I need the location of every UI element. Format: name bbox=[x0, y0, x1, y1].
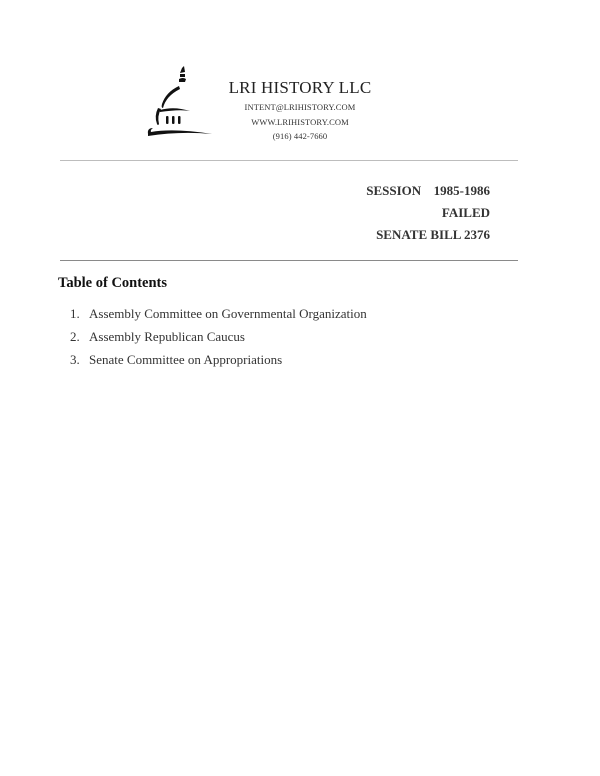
company-block: LRI HISTORY LLC INTENT@LRIHISTORY.COM WW… bbox=[220, 78, 380, 144]
company-website: WWW.LRIHISTORY.COM bbox=[220, 115, 380, 130]
company-email: INTENT@LRIHISTORY.COM bbox=[220, 100, 380, 115]
company-name: LRI HISTORY LLC bbox=[220, 78, 380, 98]
table-of-contents: Table of Contents 1. Assembly Committee … bbox=[58, 275, 367, 371]
toc-item-number: 2. bbox=[70, 325, 89, 348]
status-label: FAILED bbox=[366, 202, 490, 224]
toc-item[interactable]: 2. Assembly Republican Caucus bbox=[70, 325, 367, 348]
toc-list: 1. Assembly Committee on Governmental Or… bbox=[58, 302, 367, 371]
toc-item-label[interactable]: Senate Committee on Appropriations bbox=[89, 348, 282, 371]
toc-title: Table of Contents bbox=[58, 275, 367, 292]
session-label: SESSION 1985-1986 bbox=[366, 180, 490, 202]
header-divider bbox=[60, 160, 518, 161]
toc-item-number: 1. bbox=[70, 302, 89, 325]
toc-item-label[interactable]: Assembly Republican Caucus bbox=[89, 325, 245, 348]
company-phone: (916) 442-7660 bbox=[220, 129, 380, 144]
section-divider bbox=[60, 260, 518, 261]
bill-info: SESSION 1985-1986 FAILED SENATE BILL 237… bbox=[366, 180, 490, 246]
toc-item-label[interactable]: Assembly Committee on Governmental Organ… bbox=[89, 302, 367, 325]
capitol-dome-icon bbox=[144, 64, 216, 138]
toc-item[interactable]: 3. Senate Committee on Appropriations bbox=[70, 348, 367, 371]
toc-item-number: 3. bbox=[70, 348, 89, 371]
toc-item[interactable]: 1. Assembly Committee on Governmental Or… bbox=[70, 302, 367, 325]
bill-label: SENATE BILL 2376 bbox=[366, 224, 490, 246]
